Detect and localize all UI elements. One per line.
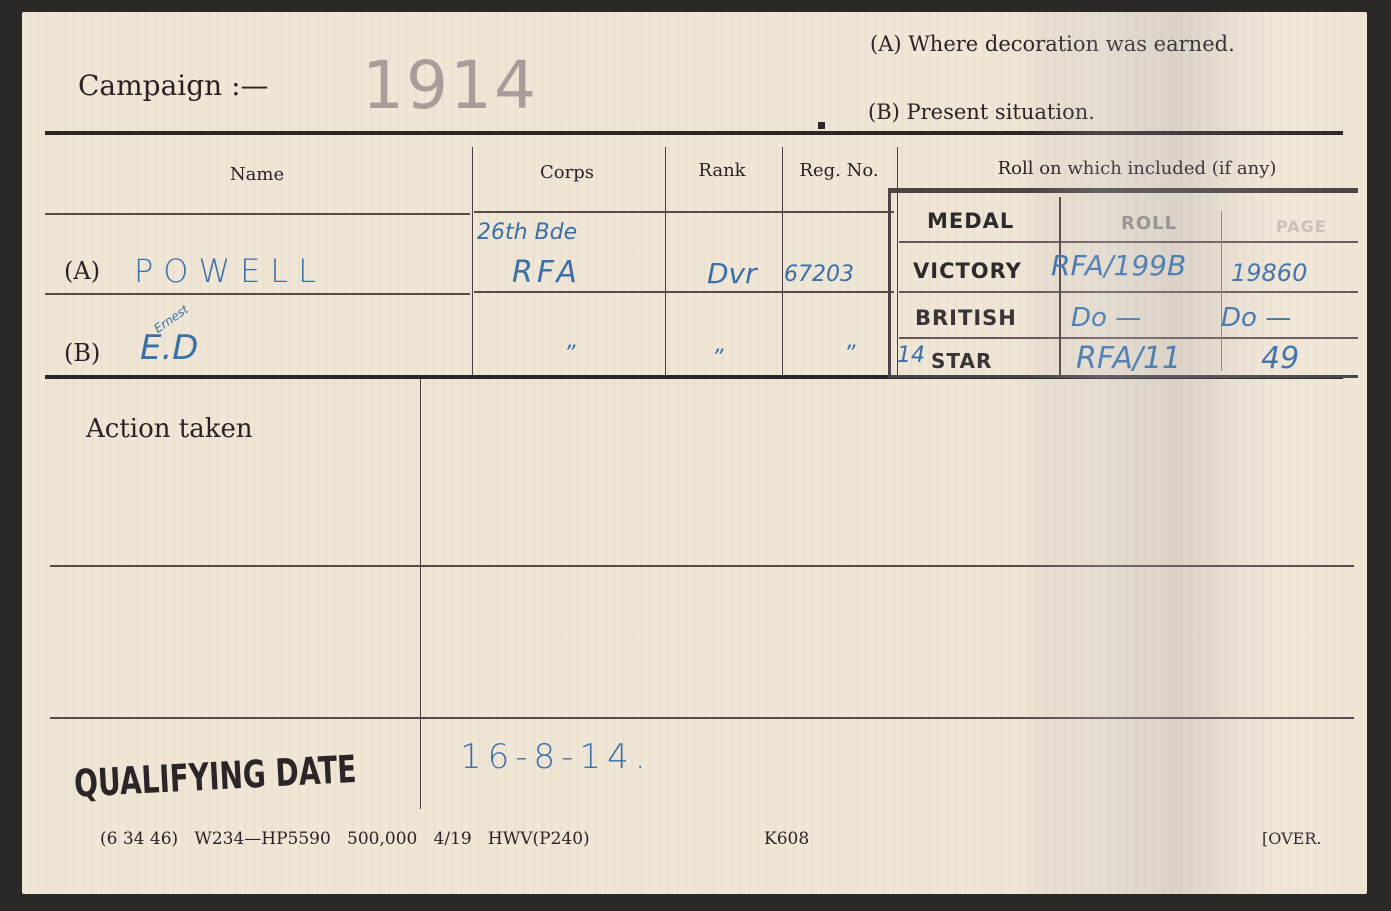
column-header-roll: Roll on which included (if any) <box>947 158 1327 179</box>
footer-over: [OVER. <box>1262 829 1321 848</box>
row-b-reg-no-ditto: ” <box>844 342 855 367</box>
rule-header-name <box>45 213 470 215</box>
rule-action-1 <box>50 565 1354 567</box>
row-b-initials: E.D <box>140 328 198 368</box>
legend-where-earned: (A) Where decoration was earned. <box>870 32 1235 56</box>
british-roll: Do — <box>1071 303 1141 333</box>
stamp-medal-victory: VICTORY <box>913 259 1022 283</box>
footer-print-code: (6 34 46) W234—HP5590 500,000 4/19 HWV(P… <box>100 829 590 849</box>
stamp-medal-star: STAR <box>931 349 992 373</box>
stamp-medal-british: BRITISH <box>915 306 1017 330</box>
column-header-name: Name <box>182 164 332 185</box>
star-roll: RFA/11 <box>1076 341 1181 376</box>
divider-action-column <box>420 379 421 809</box>
column-header-corps: Corps <box>492 162 642 183</box>
rule-header-cols <box>474 211 894 213</box>
row-b-label: (B) <box>64 339 100 367</box>
star-page: 49 <box>1261 341 1299 376</box>
column-header-rank: Rank <box>672 160 772 181</box>
row-a-corps: RFA <box>512 255 581 290</box>
british-page: Do — <box>1221 303 1291 333</box>
stamp-header-roll: ROLL <box>1121 213 1177 234</box>
divider-name-corps <box>472 147 473 379</box>
campaign-label: Campaign :— <box>78 69 269 102</box>
row-a-label: (A) <box>64 257 100 285</box>
divider-corps-rank <box>665 147 666 379</box>
row-a-rank: Dvr <box>707 257 757 290</box>
row-a-reg-no: 67203 <box>784 262 854 287</box>
header-rule <box>45 131 1343 135</box>
medal-roll-stamp: MEDAL ROLL PAGE VICTORY RFA/199B 19860 B… <box>888 188 1358 378</box>
victory-page: 19860 <box>1231 259 1307 287</box>
campaign-year-stamp: 1914 <box>362 47 538 124</box>
column-header-reg-no: Reg. No. <box>784 160 894 181</box>
victory-roll: RFA/199B <box>1051 249 1186 282</box>
row-b-rank-ditto: ” <box>712 346 723 371</box>
stamp-header-page: PAGE <box>1276 217 1327 236</box>
divider-rank-regno <box>782 147 783 379</box>
medal-index-card: Campaign :— 1914 (A) Where decoration wa… <box>22 12 1367 894</box>
rule-row-a-cols <box>474 291 894 293</box>
rule-row-a-name <box>45 293 470 295</box>
star-prefix: 14 <box>897 343 925 368</box>
row-b-corps-ditto: ” <box>564 342 575 367</box>
legend-present-situation: (B) Present situation. <box>868 100 1095 124</box>
ink-dot <box>818 122 825 129</box>
action-taken-label: Action taken <box>86 414 253 444</box>
qualifying-date-value: 16-8-14. <box>460 737 652 777</box>
footer-form-number: K608 <box>764 829 809 849</box>
row-a-surname: POWELL <box>134 252 326 290</box>
row-a-corps-brigade: 26th Bde <box>477 220 577 245</box>
qualifying-date-stamp: QUALIFYING DATE <box>73 747 358 806</box>
stamp-header-medal: MEDAL <box>927 209 1014 233</box>
rule-action-2 <box>50 717 1354 719</box>
